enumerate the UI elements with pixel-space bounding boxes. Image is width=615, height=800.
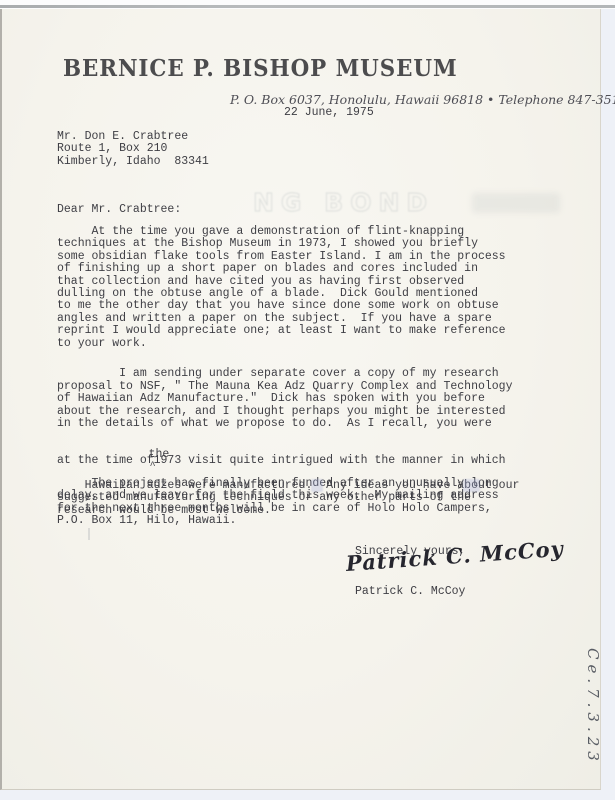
line-with-insertion: at the time ofthe^1973 visit quite intri… [57, 455, 519, 467]
stray-pencil-mark [88, 528, 90, 540]
correction-smudge [311, 479, 323, 492]
insertion-caret: ^ [150, 461, 156, 473]
date-line: 22 June, 1975 [284, 107, 374, 119]
body-paragraph-3: The project has finally been funded afte… [57, 478, 499, 528]
recipient-address: Mr. Don E. Crabtree Route 1, Box 210 Kim… [57, 131, 209, 168]
paper-watermark: NG BOND [253, 188, 434, 217]
paragraph-2-upper-lines: I am sending under separate cover a copy… [57, 367, 512, 430]
scan-edge-line [0, 5, 615, 8]
inserted-word: the [149, 449, 170, 461]
show-through-smudge [472, 193, 560, 213]
insertion-line-post: 1973 visit quite intrigued with the mann… [154, 454, 506, 467]
scanned-letter-page: NG BOND BERNICE P. BISHOP MUSEUM P. O. B… [0, 0, 615, 800]
catalog-number-annotation: Ce.7.3.23 [584, 648, 602, 766]
correction-smudge [463, 479, 480, 492]
salutation: Dear Mr. Crabtree: [57, 204, 181, 216]
letterhead-address-line: P. O. Box 6037, Honolulu, Hawaii 96818 •… [230, 92, 564, 107]
insertion-line-pre: at the time of [57, 454, 154, 467]
letterhead-museum-name: BERNICE P. BISHOP MUSEUM [63, 55, 458, 82]
typed-signer-name: Patrick C. McCoy [355, 586, 465, 598]
body-paragraph-1: At the time you gave a demonstration of … [57, 226, 506, 350]
